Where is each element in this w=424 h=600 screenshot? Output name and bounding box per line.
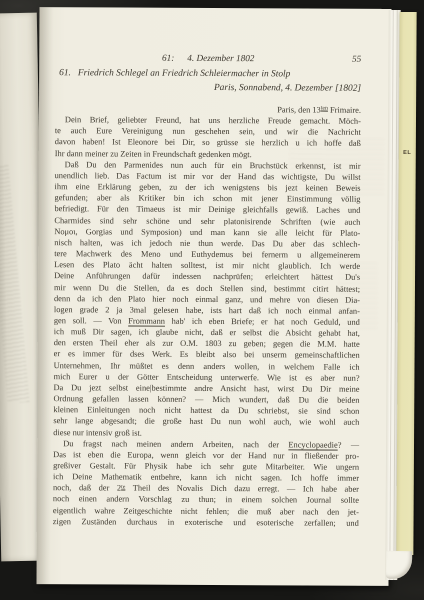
running-head: 61: 4. Dezember 1802 55 bbox=[55, 51, 361, 65]
letter-place-date: Paris, Sonnabend, 4. Dezember [1802] bbox=[55, 81, 361, 95]
line-text: kleinen Einleitungen noch nicht hattest … bbox=[53, 405, 359, 416]
line-text: befriedigt. Für den Timaeus ist mir Dein… bbox=[54, 205, 360, 216]
line-text: Ordnung gefallen lassen können? — Mich w… bbox=[53, 394, 359, 405]
bleed-through-smudge bbox=[338, 259, 378, 329]
running-head-item-number: 61: bbox=[162, 52, 174, 64]
line-text: Deine Anführungen dafür indessen nachprü… bbox=[54, 272, 360, 283]
line-text: Lesen des Plato ächt halten solltest, is… bbox=[54, 260, 360, 271]
superscript-text: te bbox=[121, 484, 125, 490]
edge-tab-label: EL bbox=[399, 150, 416, 156]
line-text: ich Deine Mathematik entbehre, kann ich … bbox=[53, 472, 359, 483]
letter-title: 61.Friedrich Schlegel an Friedrich Schle… bbox=[59, 67, 365, 81]
line-text: den ersten Theil eher als zur O.M. 1803 … bbox=[54, 338, 360, 349]
line-text: Das ist eben die Europa, wenn gleich vor… bbox=[53, 450, 359, 461]
line-text: diese nur intensiv groß ist. bbox=[53, 428, 142, 437]
bleed-through-smudge bbox=[289, 136, 385, 195]
line-text: Du fragst nach meinen andern Arbeiten, n… bbox=[63, 439, 288, 449]
book-page: 61: 4. Dezember 1802 55 61.Friedrich Sch… bbox=[36, 7, 391, 586]
gutter-shadow bbox=[36, 7, 53, 584]
line-text: nisch halten, was ich jedoch nie thun we… bbox=[54, 238, 360, 249]
line-text: mich Eurer u der Götter Entscheidung unt… bbox=[54, 372, 360, 383]
line-text: noch, daß der 2 bbox=[53, 483, 121, 492]
line-text: eigentlich wahre Zeitgeschichte nicht fe… bbox=[53, 506, 359, 517]
line-text: Ihr dann meiner zu Zeiten in Freundschaf… bbox=[55, 149, 252, 159]
line-text: logen grade 2 ja 3mal gelesen habe, ists… bbox=[54, 305, 360, 316]
line-text: Dein Brief, geliebter Freund, hat uns he… bbox=[65, 115, 361, 126]
letter-line: zigen Zuständen durchaus in exoterische … bbox=[53, 516, 359, 529]
superscript-text: ten bbox=[321, 106, 328, 112]
line-text: Unternehmen, Ihr müßtet es denn anders w… bbox=[54, 361, 360, 372]
line-text: Frimaire. bbox=[328, 106, 361, 115]
line-text: gen soll. — Von bbox=[54, 316, 128, 325]
line-text: hab' ich eben Briefe; er hat noch Geduld… bbox=[165, 317, 360, 327]
line-text: gefunden; aber als Kritiker bin ich scho… bbox=[54, 193, 360, 204]
line-text: mir wenn Du die Stellen, da es doch Stel… bbox=[54, 283, 360, 294]
line-text: ? — bbox=[338, 440, 360, 449]
page-number: 55 bbox=[352, 53, 361, 65]
letter-number: 61. bbox=[59, 68, 71, 78]
line-text: zigen Zuständen durchaus in exoterische … bbox=[53, 517, 359, 528]
line-text: er es immer für dses Werk. Es bleibt als… bbox=[54, 350, 360, 361]
line-text: noch einen andern Vorschlag zu thun; in … bbox=[53, 495, 359, 506]
underlined-text: Encyclopaedie bbox=[288, 440, 337, 449]
line-text: Νομοι, Gorgias und Symposion) und man ka… bbox=[54, 227, 360, 238]
previous-page-faint-text bbox=[0, 163, 30, 404]
book-block-edge: EL bbox=[396, 12, 416, 555]
line-text: Theil des Novalis Dich dazu erregt. — Ic… bbox=[125, 484, 359, 494]
line-text: greßiver Gestalt. Für Physik habe ich se… bbox=[53, 461, 359, 472]
letter-title-text: Friedrich Schlegel an Friedrich Schleier… bbox=[78, 68, 291, 79]
line-text: sehr lange abgesandt; die große hast Du … bbox=[53, 417, 359, 428]
running-head-date: 4. Dezember 1802 bbox=[187, 52, 254, 64]
line-text: Charmides sind sehr schöne und sehr plat… bbox=[54, 216, 360, 227]
line-text: Da Du jezt selbst eine|bestimmte andre A… bbox=[53, 383, 359, 394]
line-text: te auch Eure Vereinigung nun geschehen s… bbox=[55, 126, 361, 137]
line-text: tere Machwerk des Meno und Euthydemus be… bbox=[54, 249, 360, 260]
underlined-text: Frommann bbox=[128, 317, 165, 326]
line-text: ich muß Dir sagen, ich glaube nicht, daß… bbox=[54, 327, 360, 338]
line-text: denn da ich den Plato hier noch einmal g… bbox=[54, 294, 360, 305]
line-text: Paris, den 13 bbox=[277, 105, 321, 114]
